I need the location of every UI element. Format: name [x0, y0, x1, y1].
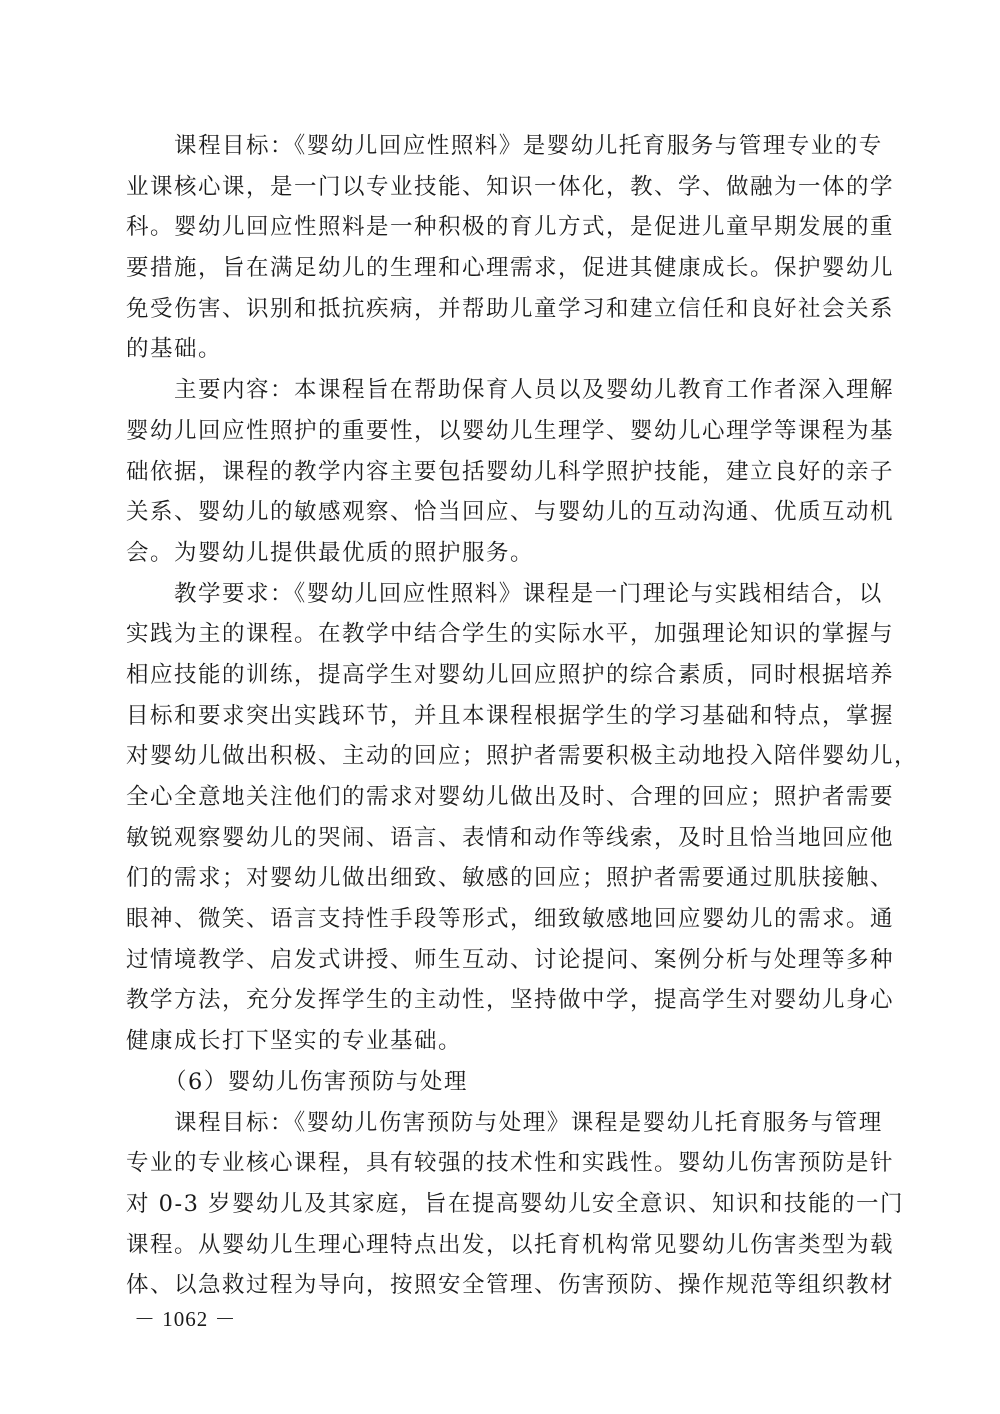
text-line: 课程。从婴幼儿生理心理特点出发，以托育机构常见婴幼儿伤害类型为载 [126, 1225, 876, 1266]
text-line: 会。为婴幼儿提供最优质的照护服务。 [126, 533, 876, 574]
text-line: 要措施，旨在满足幼儿的生理和心理需求，促进其健康成长。保护婴幼儿 [126, 248, 876, 289]
text-line: 相应技能的训练，提高学生对婴幼儿回应照护的综合素质，同时根据培养 [126, 655, 876, 696]
text-line: 眼神、微笑、语言支持性手段等形式，细致敏感地回应婴幼儿的需求。通 [126, 899, 876, 940]
text-line: 敏锐观察婴幼儿的哭闹、语言、表情和动作等线索，及时且恰当地回应他 [126, 818, 876, 859]
text-line: 课程目标：《婴幼儿伤害预防与处理》课程是婴幼儿托育服务与管理 [126, 1103, 876, 1144]
text-line: 对 0-3 岁婴幼儿及其家庭，旨在提高婴幼儿安全意识、知识和技能的一门 [126, 1184, 876, 1225]
text-line: 全心全意地关注他们的需求对婴幼儿做出及时、合理的回应；照护者需要 [126, 777, 876, 818]
text-line: 教学方法，充分发挥学生的主动性，坚持做中学，提高学生对婴幼儿身心 [126, 980, 876, 1021]
text-line: 专业的专业核心课程，具有较强的技术性和实践性。婴幼儿伤害预防是针 [126, 1143, 876, 1184]
text-line: 婴幼儿回应性照护的重要性，以婴幼儿生理学、婴幼儿心理学等课程为基 [126, 411, 876, 452]
paragraph-teaching-requirements: 教学要求：《婴幼儿回应性照料》课程是一门理论与实践相结合，以 实践为主的课程。在… [126, 574, 876, 1062]
text-line: 的基础。 [126, 329, 876, 370]
text-line: 业课核心课，是一门以专业技能、知识一体化，教、学、做融为一体的学 [126, 167, 876, 208]
text-line: 免受伤害、识别和抵抗疾病，并帮助儿童学习和建立信任和良好社会关系 [126, 289, 876, 330]
text-line: 关系、婴幼儿的敏感观察、恰当回应、与婴幼儿的互动沟通、优质互动机 [126, 492, 876, 533]
text-line: 础依据，课程的教学内容主要包括婴幼儿科学照护技能，建立良好的亲子 [126, 452, 876, 493]
document-page: 课程目标：《婴幼儿回应性照料》是婴幼儿托育服务与管理专业的专 业课核心课，是一门… [0, 0, 1000, 1414]
paragraph-main-content: 主要内容：本课程旨在帮助保育人员以及婴幼儿教育工作者深入理解 婴幼儿回应性照护的… [126, 370, 876, 573]
text-line: 目标和要求突出实践环节，并且本课程根据学生的学习基础和特点，掌握 [126, 696, 876, 737]
body-text: 课程目标：《婴幼儿回应性照料》是婴幼儿托育服务与管理专业的专 业课核心课，是一门… [126, 126, 876, 1306]
text-line: 对婴幼儿做出积极、主动的回应；照护者需要积极主动地投入陪伴婴幼儿， [126, 736, 876, 777]
text-line: 科。婴幼儿回应性照料是一种积极的育儿方式，是促进儿童早期发展的重 [126, 207, 876, 248]
text-line: 实践为主的课程。在教学中结合学生的实际水平，加强理论知识的掌握与 [126, 614, 876, 655]
paragraph-course-objective: 课程目标：《婴幼儿回应性照料》是婴幼儿托育服务与管理专业的专 业课核心课，是一门… [126, 126, 876, 370]
section-heading: （6）婴幼儿伤害预防与处理 [126, 1062, 876, 1103]
text-line: 体、以急救过程为导向，按照安全管理、伤害预防、操作规范等组织教材 [126, 1265, 876, 1306]
paragraph-injury-prevention-objective: 课程目标：《婴幼儿伤害预防与处理》课程是婴幼儿托育服务与管理 专业的专业核心课程… [126, 1103, 876, 1306]
text-line: 课程目标：《婴幼儿回应性照料》是婴幼儿托育服务与管理专业的专 [126, 126, 876, 167]
text-line: 主要内容：本课程旨在帮助保育人员以及婴幼儿教育工作者深入理解 [126, 370, 876, 411]
page-number: － 1062 － [134, 1303, 237, 1333]
text-line: 们的需求；对婴幼儿做出细致、敏感的回应；照护者需要通过肌肤接触、 [126, 858, 876, 899]
text-line: 教学要求：《婴幼儿回应性照料》课程是一门理论与实践相结合，以 [126, 574, 876, 615]
text-line: 健康成长打下坚实的专业基础。 [126, 1021, 876, 1062]
text-line: 过情境教学、启发式讲授、师生互动、讨论提问、案例分析与处理等多种 [126, 940, 876, 981]
